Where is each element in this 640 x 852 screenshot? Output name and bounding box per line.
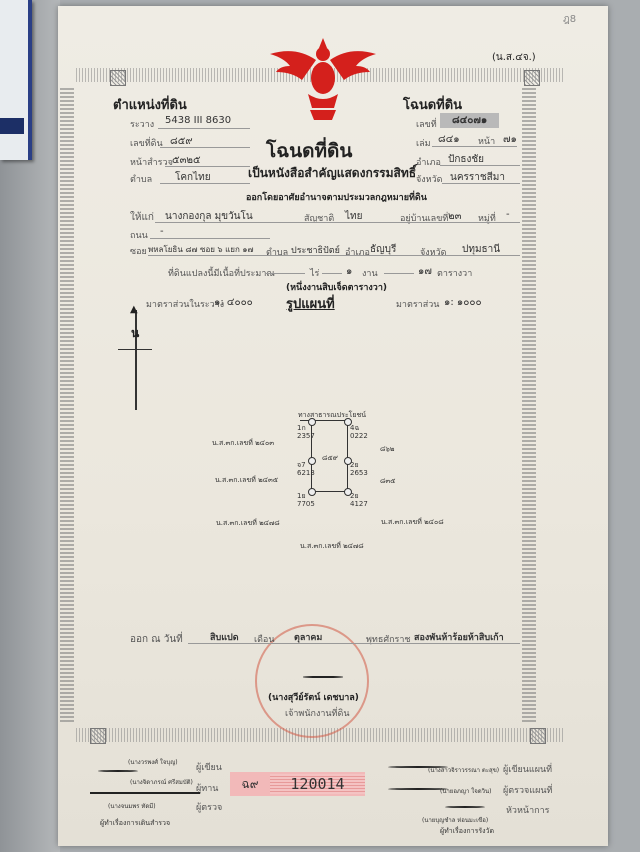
moo-value: -	[506, 209, 510, 220]
marker-label: 1ก2357	[297, 424, 315, 440]
neighbor-label: น.ส.๓ก.เลขที่ ๒๔๗๘	[300, 541, 364, 552]
parcel-center-label: ๘๕๙	[322, 453, 338, 464]
neighbor-label: ๘๓๕	[380, 476, 395, 487]
ngan-label: งาน	[362, 266, 378, 280]
marker-label: จ76213	[297, 461, 315, 477]
signature-checker	[90, 792, 200, 794]
issued-prefix: ออก ณ วันที่	[130, 632, 183, 647]
deed-no-value: ๘๔๐๗๑	[440, 113, 499, 128]
plot-boundary-bottom	[311, 491, 348, 492]
volume-label: เล่ม	[416, 136, 431, 150]
border-band-right	[522, 88, 536, 724]
owner-label: ให้แก่	[130, 210, 154, 225]
area-label: ที่ดินแปลงนี้มีเนื้อที่ประมาณ	[168, 266, 275, 280]
officer-name: (นางสุวีย์รัตน์ เดชบาล)	[268, 690, 359, 704]
plan-title: รูปแผนที่	[286, 293, 335, 314]
deed-heading: โฉนดที่ดิน	[403, 94, 462, 115]
north-label: น	[131, 324, 139, 343]
corner-ornament	[110, 70, 126, 86]
neighbor-label: น.ส.๓ก.เลขที่ ๒๔๐๘	[381, 517, 444, 528]
marker-label: 2ย4127	[350, 492, 368, 508]
serial-number: 120014	[270, 774, 365, 794]
road-label: ถนน	[130, 228, 148, 242]
map-checker-role: ผู้ตรวจแผนที่	[503, 783, 552, 797]
legal-basis: ออกโดยอาศัยอำนาจตามประมวลกฎหมายที่ดิน	[246, 190, 427, 204]
land-location-heading: ตำแหน่งที่ดิน	[113, 94, 187, 115]
field-line	[432, 146, 517, 147]
right-footer: ผู้ทำเรื่องการรังวัด	[440, 826, 494, 837]
neighbor-label: น.ส.๓ก.เลขที่ ๒๔๗๘	[216, 518, 280, 529]
document-title: โฉนดที่ดิน	[266, 136, 352, 166]
neighbor-label: น.ส.๓ก.เลขที่ ๒๔๓๕	[215, 475, 278, 486]
field-line	[148, 255, 520, 256]
owner-district-label: อำเภอ	[345, 245, 370, 259]
volume-value: ๘๔๑	[438, 132, 460, 147]
head-name: (นายบุญชำล ห่อนมะเขือ)	[422, 815, 488, 825]
map-scale-label: มาตราส่วนในระวาง	[146, 297, 224, 311]
area-in-words: (หนึ่งงานสิบเจ็ดตารางวา)	[286, 280, 387, 294]
officer-signature	[303, 676, 343, 678]
neighbor-label: ๘๖๒	[380, 444, 394, 455]
sheet-label: ระวาง	[130, 117, 154, 131]
issued-year: สองพันห้าร้อยห้าสิบเก้า	[414, 630, 504, 644]
province-label: จังหวัด	[416, 172, 443, 186]
binder-label	[0, 118, 24, 134]
left-footer: ผู้ทำเรื่องการเดินสำรวจ	[100, 818, 170, 829]
corner-ornament	[90, 728, 106, 744]
plot-boundary-right	[347, 421, 348, 491]
issued-day: สิบแปด	[210, 630, 239, 644]
serial-prefix: ฉ๙	[230, 775, 270, 794]
field-line	[150, 238, 270, 239]
wa-value: ๑๗	[418, 264, 432, 279]
field-line	[160, 147, 250, 148]
map-checker-name: (นายอภญา ใจดวิน)	[440, 786, 491, 796]
marker-label: 2ย2653	[350, 461, 368, 477]
corner-ornament	[530, 728, 546, 744]
writer-role: ผู้เขียน	[196, 760, 222, 774]
arrow-head-icon: ▲	[130, 304, 138, 315]
neighbor-label: น.ส.๓ก.เลขที่ ๒๔๐๓	[212, 438, 274, 449]
scale-value: ๑: ๑๐๐๐	[444, 295, 482, 310]
field-line	[158, 128, 250, 129]
corner-ornament	[524, 70, 540, 86]
field-line	[188, 643, 520, 644]
field-line	[322, 273, 342, 274]
signature-map-checker	[388, 788, 448, 790]
garuda-emblem-icon	[268, 36, 378, 124]
field-line	[160, 183, 250, 184]
reviewer-name: (นางจิดาภรณ์ ศรีสมบัติ)	[130, 777, 193, 787]
wa-label: ตารางวา	[437, 266, 472, 280]
owner-subdistrict-label: ตำบล	[266, 245, 288, 259]
field-line	[165, 166, 250, 167]
checker-name: (นางจนมพร ทัดมี)	[108, 801, 156, 811]
map-scale-value: ๑: ๔๐๐๐	[214, 295, 253, 310]
ngan-value: ๑	[346, 264, 352, 279]
parcel-no-label: เลขที่ดิน	[130, 136, 163, 150]
issued-month: ตุลาคม	[294, 630, 322, 644]
owner-province-label: จังหวัด	[420, 245, 447, 259]
marker-label: 1ย7705	[297, 492, 315, 508]
soi-label: ซอย	[130, 244, 147, 258]
marker-label: 4ฉ0222	[350, 424, 368, 440]
corner-note: ฎ8	[563, 12, 576, 27]
subdistrict-label: ตำบล	[130, 172, 152, 186]
field-line	[384, 273, 414, 274]
field-line	[440, 165, 520, 166]
map-writer-role: ผู้เขียนแผนที่	[503, 762, 552, 776]
deed-no-label: เลขที่	[416, 117, 437, 131]
rai-label: ไร่	[310, 266, 319, 280]
district-label: อำเภอ	[416, 155, 441, 169]
sheet-value: 5438 III 8630	[165, 115, 231, 126]
head-role: หัวหน้าการ	[506, 803, 549, 817]
officer-title: เจ้าพนักงานที่ดิน	[285, 706, 349, 720]
binder-folder	[0, 0, 32, 160]
signature-head	[445, 806, 485, 808]
field-line	[265, 273, 305, 274]
serial-number-box: ฉ๙ 120014	[230, 772, 365, 796]
map-writer-name: (นางสาวจิราวรรณา ตะสุข)	[428, 765, 499, 775]
north-arrow-crossbar	[118, 349, 152, 350]
writer-name: (นางวรพงศ์ ใจบุญ)	[128, 757, 178, 767]
signature-writer	[98, 770, 138, 772]
road-value: -	[160, 226, 164, 237]
border-band-left	[60, 88, 74, 724]
field-line	[155, 222, 520, 223]
field-line	[442, 183, 520, 184]
document-subtitle: เป็นหนังสือสำคัญแสดงกรรมสิทธิ์	[248, 164, 416, 183]
scale-label: มาตราส่วน	[396, 297, 439, 311]
form-code: (น.ส.๔จ.)	[492, 50, 536, 65]
page-value: ๗๑	[503, 132, 517, 147]
checker-role: ผู้ตรวจ	[196, 800, 222, 814]
